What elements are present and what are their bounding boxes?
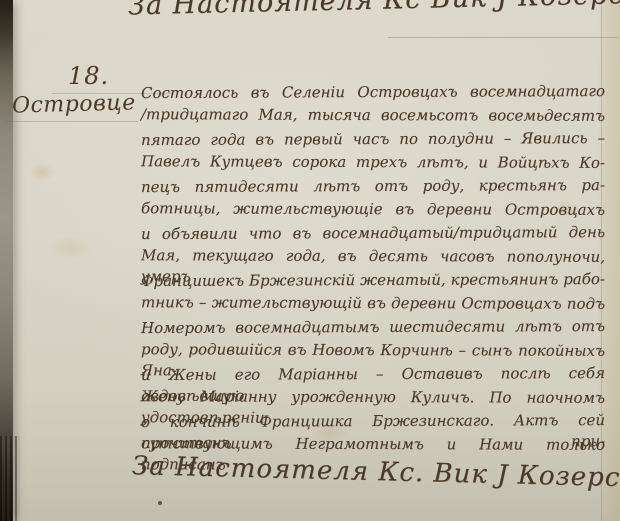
record-line: о кончинѣ Францишка Бржезинскаго. Актъ с… — [141, 410, 605, 434]
previous-act-signature: За Настоятеля Кс Вик Ј Козерскій — [128, 0, 609, 21]
act-number: 18. — [68, 62, 109, 90]
record-line: Францишекъ Бржезинскій женатый, крестьян… — [141, 269, 605, 293]
record-line: Состоялось въ Селеніи Островцахъ восемна… — [141, 81, 605, 105]
record-line: тникъ – жительствующій въ деревни Остров… — [141, 292, 605, 316]
act-signature: За Настоятеля Кс. Вик Ј Козерскій — [132, 451, 613, 493]
record-line: роду, родившійся въ Новомъ Корчинѣ – сын… — [141, 339, 605, 363]
place-name: Островце — [12, 90, 136, 118]
record-line: /тридцатаго Мая, тысяча восемьсотъ восем… — [141, 104, 605, 128]
binding-streaks — [0, 436, 20, 521]
register-page-scan: За Настоятеля Кс Вик Ј Козерскій 18. Ост… — [0, 0, 620, 521]
record-line: Павелъ Кутцевъ сорока трехъ лѣтъ, и Войц… — [141, 151, 605, 175]
record-line: Номеромъ восемнадцатымъ шестидесяти лѣтъ… — [141, 316, 605, 340]
record-line: и Жены его Маріанны – Оставивъ послѣ себ… — [141, 363, 605, 387]
ink-dot — [158, 501, 162, 505]
record-line: Жену Маріанну урожденную Куличъ. По наоч… — [141, 386, 605, 410]
record-line: Мая, текущаго года, въ десять часовъ поп… — [141, 245, 605, 269]
ruled-line-top — [388, 37, 618, 38]
record-line: и объявили что въ восемнадцатый/тридцаты… — [141, 222, 605, 246]
record-line: пецъ пятидесяти лѣтъ отъ роду, крестьянъ… — [141, 175, 605, 199]
ruled-line-under-place-name — [6, 121, 138, 122]
record-line: пятаго года въ первый часъ по полудни – … — [141, 128, 605, 152]
record-line: ботницы, жительствующіе въ деревни Остро… — [141, 198, 605, 222]
